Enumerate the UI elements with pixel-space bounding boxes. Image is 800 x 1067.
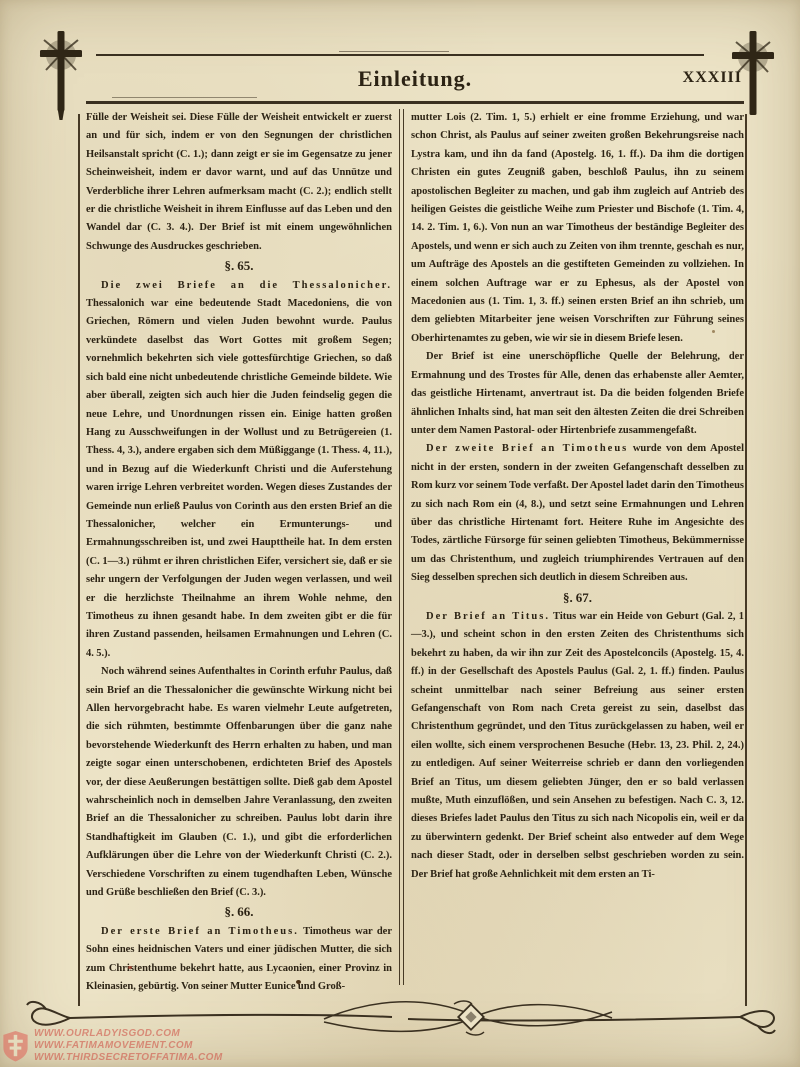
top-border-rule	[96, 54, 704, 56]
page-header: Einleitung. XXXIII	[86, 66, 744, 96]
paragraph-text: Thessalonich war eine bedeutende Stadt M…	[86, 298, 392, 659]
paragraph-text: Fülle der Weisheit sei. Diese Fülle der …	[86, 112, 392, 252]
watermark-line: WWW.OURLADYISGOD.COM	[34, 1028, 223, 1040]
shield-cross-icon	[2, 1030, 29, 1062]
watermark-text: WWW.OURLADYISGOD.COM WWW.FATIMAMOVEMENT.…	[34, 1028, 223, 1064]
paragraph-lead: Der Brief an Titus.	[426, 611, 550, 622]
watermark-line: WWW.FATIMAMOVEMENT.COM	[34, 1040, 223, 1052]
paragraph-lead: Der erste Brief an Timotheus.	[101, 926, 299, 937]
paragraph-second-thessalonians: Noch während seines Aufenthaltes in Cori…	[86, 663, 392, 902]
cross-ornament-icon	[30, 28, 92, 120]
page-number: XXXIII	[683, 69, 742, 87]
left-border-rule	[78, 114, 80, 1006]
ink-speck	[296, 980, 301, 984]
paragraph-second-timothy: Der zweite Brief an Timotheus wurde von …	[411, 440, 744, 587]
paragraph-text: wurde von dem Apostel nicht in der erste…	[411, 443, 744, 583]
header-rule	[86, 101, 744, 104]
watermark-line: WWW.THIRDSECRETOFFATIMA.COM	[34, 1052, 223, 1064]
section-heading-67: §. 67.	[411, 589, 744, 607]
paragraph-thessalonians: Die zwei Briefe an die Thessalonicher. T…	[86, 277, 392, 664]
paragraph-first-timothy: Der erste Brief an Timotheus. Timotheus …	[86, 923, 392, 993]
watermark: WWW.OURLADYISGOD.COM WWW.FATIMAMOVEMENT.…	[2, 1028, 223, 1064]
page-title: Einleitung.	[86, 66, 744, 92]
right-border-rule	[745, 114, 747, 1006]
paragraph-lead: Der zweite Brief an Timotheus	[426, 443, 628, 454]
section-heading-66: §. 66.	[86, 903, 392, 921]
text-block: Fülle der Weisheit sei. Diese Fülle der …	[86, 109, 744, 993]
paragraph-text: Der Brief ist eine unerschöpfliche Quell…	[411, 351, 744, 436]
paragraph-continuation: mutter Lois (2. Tim. 1, 5.) erhielt er e…	[411, 109, 744, 348]
paragraph-pastoral-letters: Der Brief ist eine unerschöpfliche Quell…	[411, 348, 744, 440]
paragraph-lead: Die zwei Briefe an die Thessalonicher.	[101, 280, 392, 291]
paragraph-titus: Der Brief an Titus. Titus war ein Heide …	[411, 608, 744, 884]
left-column: Fülle der Weisheit sei. Diese Fülle der …	[86, 109, 392, 993]
section-heading-65: §. 65.	[86, 257, 392, 275]
paragraph-continuation: Fülle der Weisheit sei. Diese Fülle der …	[86, 109, 392, 256]
book-page-scan: Einleitung. XXXIII Fülle der Weisheit se…	[0, 0, 800, 1067]
ink-speck	[712, 330, 715, 333]
ink-speck	[128, 966, 132, 969]
paragraph-text: mutter Lois (2. Tim. 1, 5.) erhielt er e…	[411, 112, 744, 344]
paragraph-text: Titus war ein Heide von Geburt (Gal. 2, …	[411, 611, 744, 880]
right-column: mutter Lois (2. Tim. 1, 5.) erhielt er e…	[411, 109, 744, 993]
column-divider-rule	[399, 109, 404, 985]
paragraph-text: Noch während seines Aufenthaltes in Cori…	[86, 666, 392, 898]
